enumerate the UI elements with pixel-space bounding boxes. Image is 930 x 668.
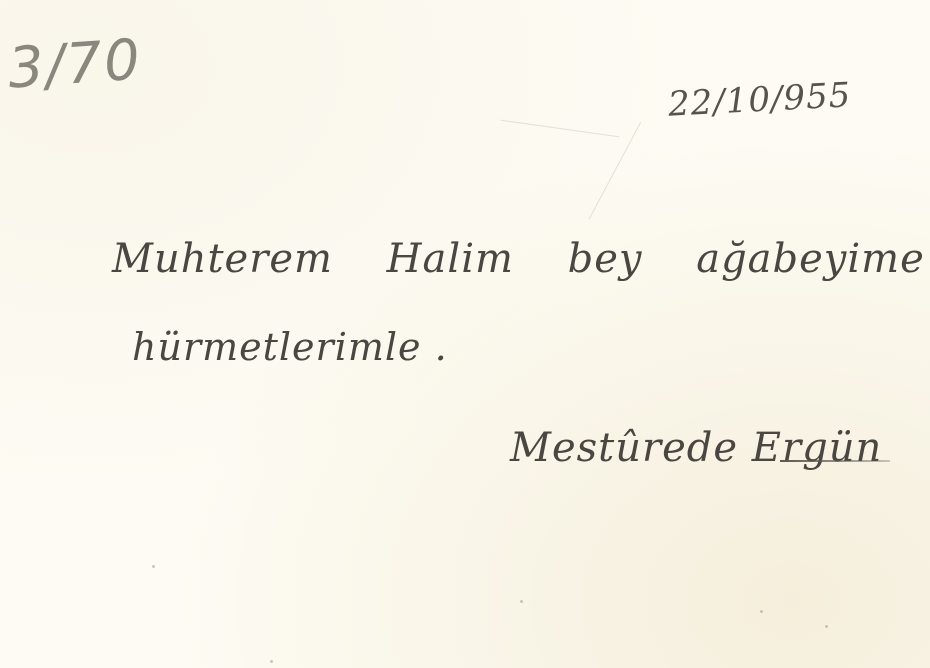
signature-flourish	[780, 460, 890, 462]
body-line-1: Muhterem Halim bey ağabeyime	[112, 236, 925, 282]
paper-speck	[760, 610, 763, 613]
paper-speck	[520, 600, 523, 603]
paper-speck	[270, 660, 273, 663]
note-paper: 3/70 22/10/955 Muhterem Halim bey ağabey…	[0, 0, 930, 668]
note-date: 22/10/955	[667, 75, 852, 125]
signature: Mestûrede Ergün	[510, 425, 882, 471]
archive-number: 3/70	[6, 27, 144, 101]
body-line-2: hürmetlerimle .	[132, 325, 448, 369]
paper-speck	[152, 565, 155, 568]
paper-speck	[825, 625, 828, 628]
paper-crease	[501, 120, 620, 138]
